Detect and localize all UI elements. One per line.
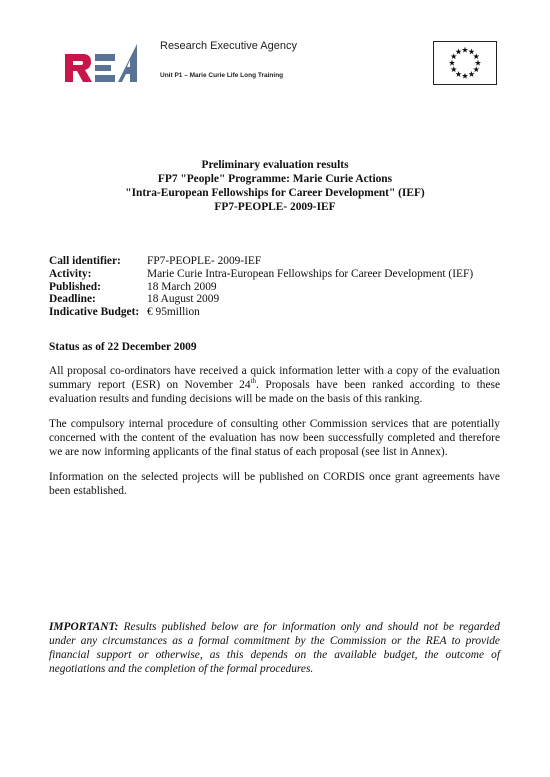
title-line-1: Preliminary evaluation results — [0, 158, 550, 172]
activity-value: Marie Curie Intra-European Fellowships f… — [147, 268, 473, 281]
rea-logo — [64, 44, 150, 84]
activity-label: Activity: — [49, 268, 147, 281]
budget-value: € 95million — [147, 306, 200, 319]
unit-name: Unit P1 – Marie Curie Life Long Training — [160, 72, 283, 79]
title-line-4: FP7-PEOPLE- 2009-IEF — [0, 200, 550, 214]
call-info-row: Indicative Budget: € 95million — [49, 306, 473, 319]
eu-flag-icon — [433, 41, 497, 85]
deadline-label: Deadline: — [49, 293, 147, 306]
paragraph-consultation: The compulsory internal procedure of con… — [49, 417, 500, 459]
budget-label: Indicative Budget: — [49, 306, 147, 319]
important-label: IMPORTANT: — [49, 621, 118, 633]
call-info-row: Activity: Marie Curie Intra-European Fel… — [49, 268, 473, 281]
title-line-3: "Intra-European Fellowships for Career D… — [0, 186, 550, 200]
paragraph-cordis: Information on the selected projects wil… — [49, 470, 500, 498]
deadline-value: 18 August 2009 — [147, 293, 219, 306]
call-info: Call identifier: FP7-PEOPLE- 2009-IEF Ac… — [49, 255, 473, 319]
published-value: 18 March 2009 — [147, 281, 217, 294]
call-info-row: Deadline: 18 August 2009 — [49, 293, 473, 306]
published-label: Published: — [49, 281, 147, 294]
rea-logo-icon — [64, 44, 150, 84]
call-identifier-value: FP7-PEOPLE- 2009-IEF — [147, 255, 261, 268]
call-identifier-label: Call identifier: — [49, 255, 147, 268]
important-notice: IMPORTANT: Results published below are f… — [49, 620, 500, 676]
document-title: Preliminary evaluation results FP7 "Peop… — [0, 158, 550, 214]
title-line-2: FP7 "People" Programme: Marie Curie Acti… — [0, 172, 550, 186]
call-info-row: Call identifier: FP7-PEOPLE- 2009-IEF — [49, 255, 473, 268]
status-heading: Status as of 22 December 2009 — [49, 341, 197, 353]
paragraph-esr: All proposal co-ordinators have received… — [49, 364, 500, 406]
call-info-row: Published: 18 March 2009 — [49, 281, 473, 294]
agency-name: Research Executive Agency — [160, 40, 297, 52]
